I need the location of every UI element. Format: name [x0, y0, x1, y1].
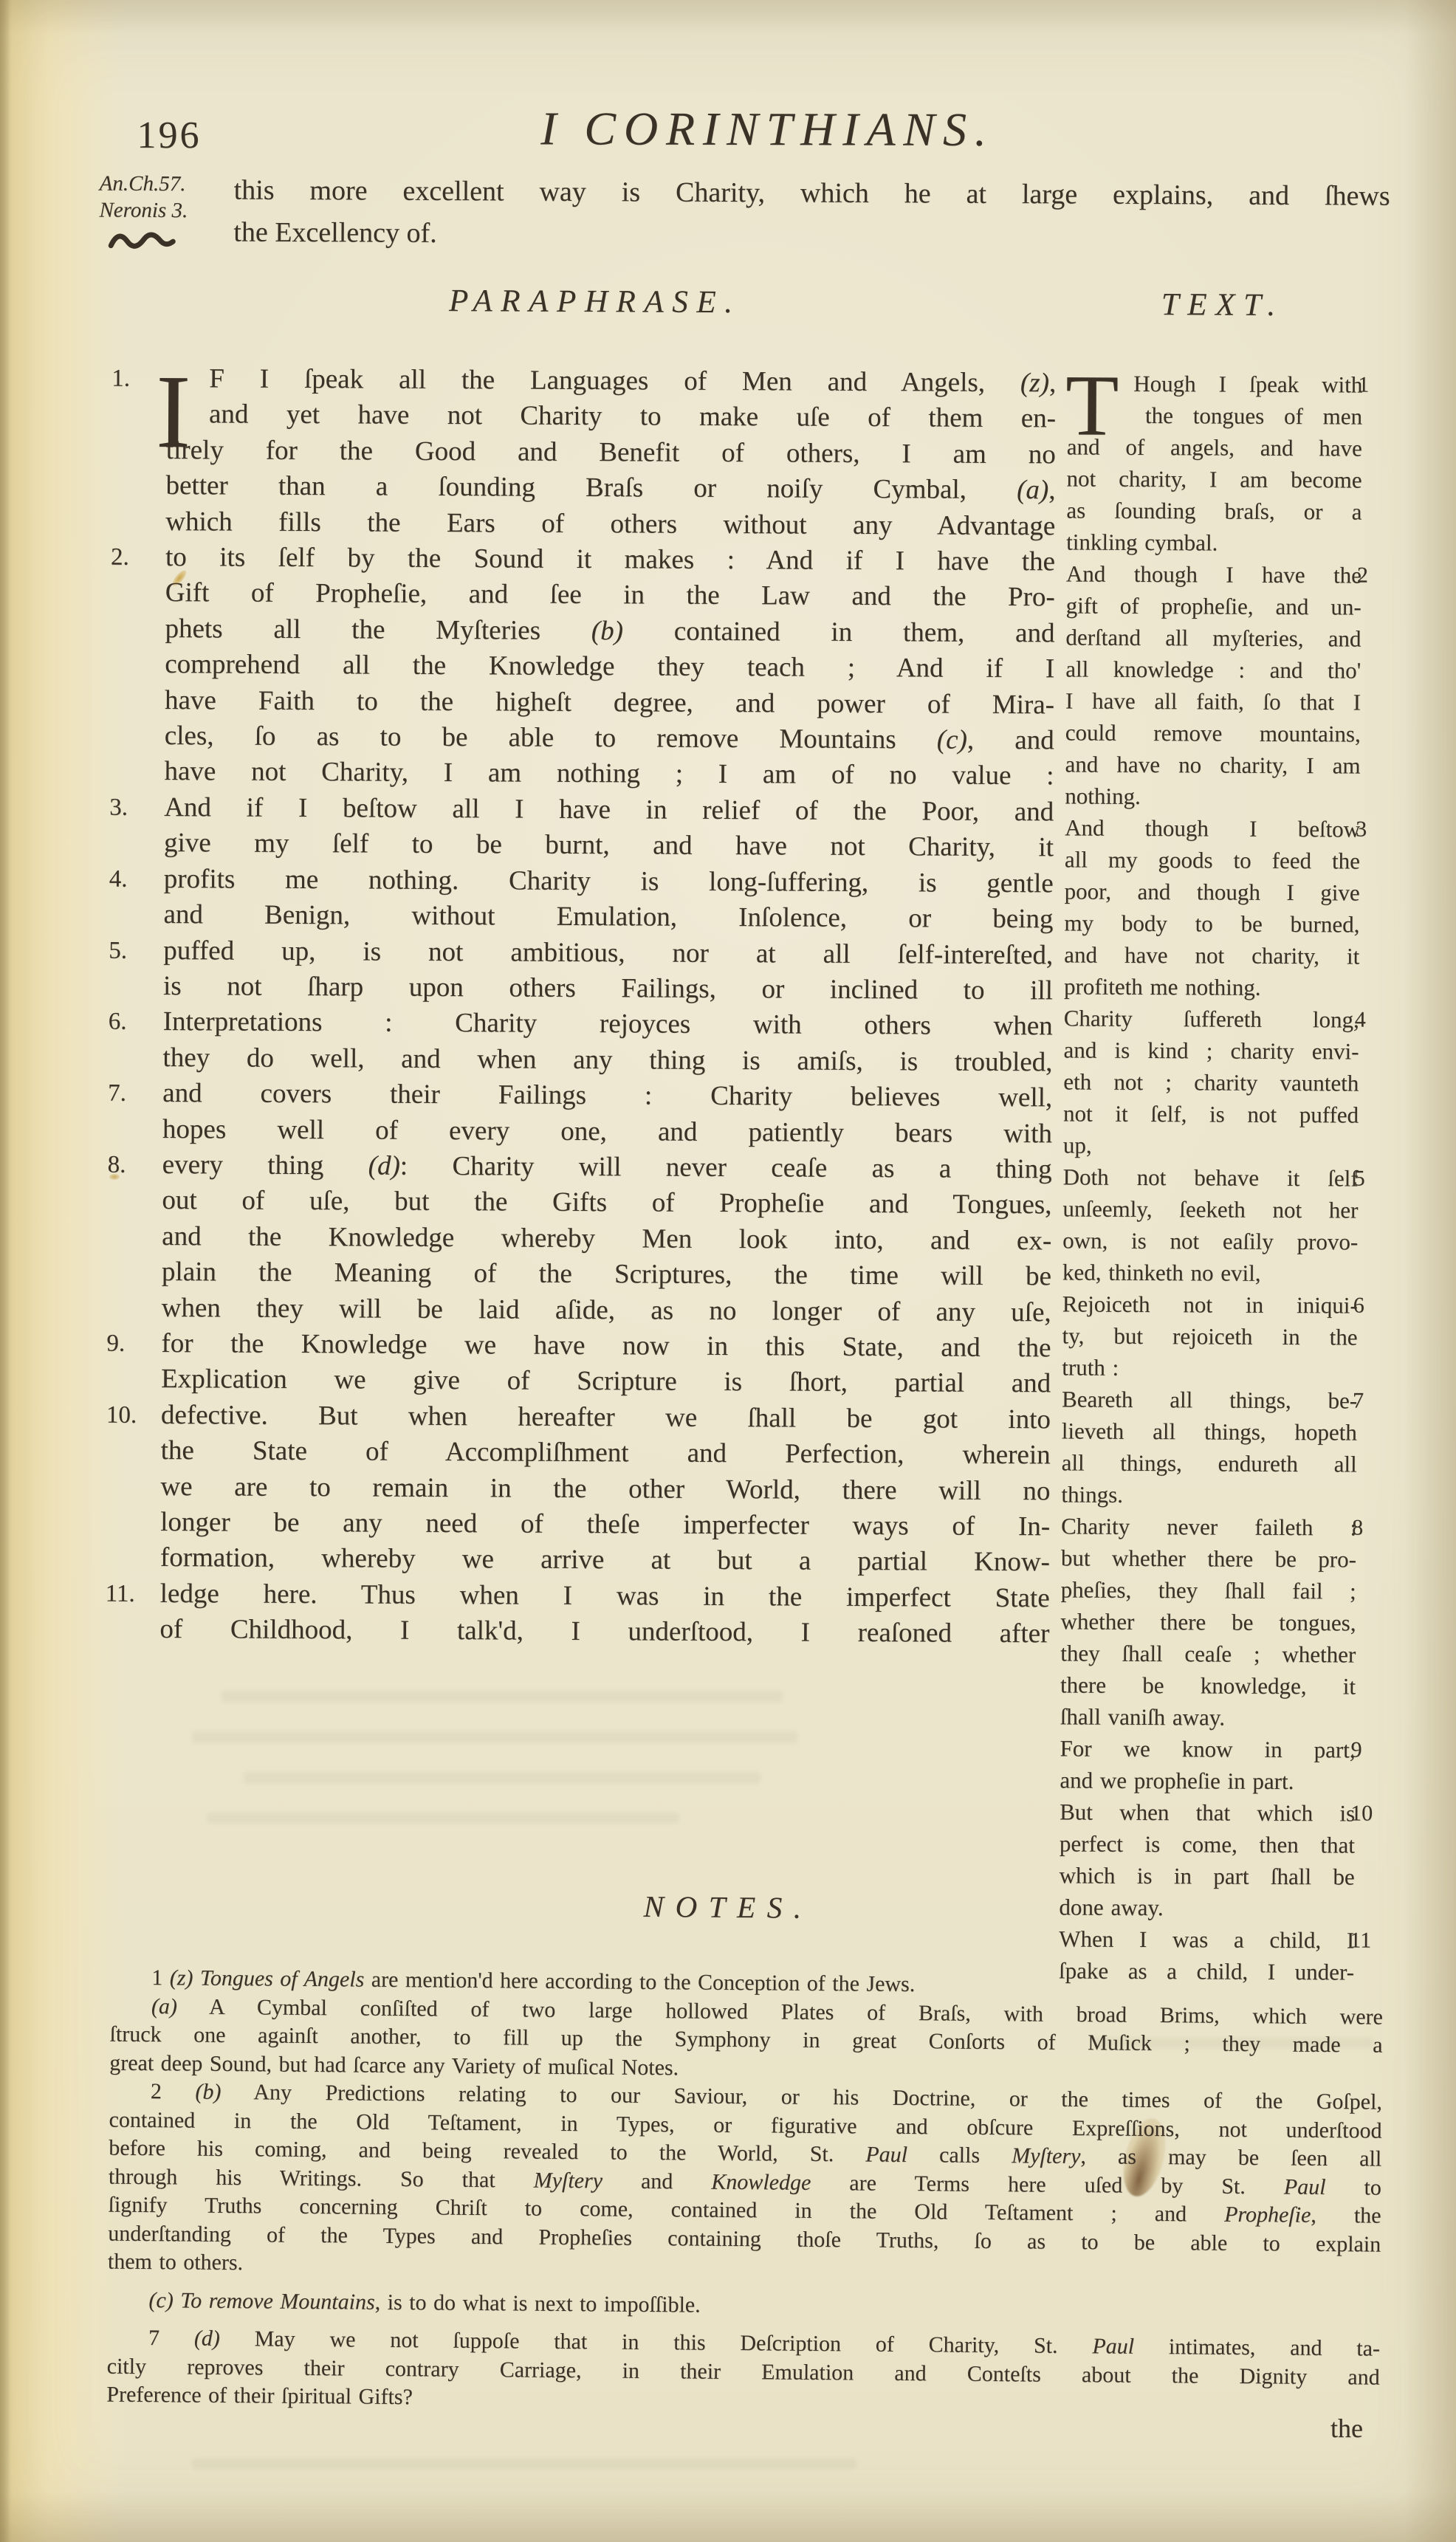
- paraphrase-line: 5.puffed up, is not ambitious, nor at al…: [163, 933, 1053, 974]
- note-line: (c) To remove Mountains, is to do what i…: [107, 2286, 1380, 2326]
- paraphrase-line-text: for the Knowledge we have now in this St…: [161, 1328, 1051, 1363]
- text-line-text: but whether there be pro-: [1061, 1545, 1356, 1572]
- text-line-text: perfect is come, then that: [1060, 1830, 1355, 1858]
- text-line-text: the tongues of men: [1145, 402, 1362, 430]
- text-line: ty, but rejoiceth in the: [1062, 1319, 1357, 1353]
- text-verse: Charity never faileth :8but whether ther…: [1060, 1510, 1357, 1734]
- text-line: not charity, I am become: [1067, 462, 1362, 495]
- paraphrase-line-text: and Benign, without Emulation, Inſolence…: [163, 899, 1053, 934]
- paraphrase-line-text: hopes well of every one, and patiently b…: [162, 1114, 1052, 1149]
- text-line: truth :: [1062, 1351, 1357, 1384]
- text-line-text: Charity never faileth :: [1061, 1513, 1356, 1540]
- text-line-text: and have no charity, I am: [1065, 751, 1360, 778]
- paraphrase-line-text: they do well, and when any thing is amiſ…: [162, 1042, 1052, 1077]
- text-line: which is in part ſhall be: [1060, 1859, 1355, 1892]
- text-verse: For we know in part,9and we propheſie in…: [1060, 1732, 1355, 1797]
- text-line-text: Hough I ſpeak with: [1133, 371, 1362, 398]
- text-line-text: pheſies, they ſhall fail ;: [1061, 1576, 1356, 1604]
- text-verse-number: 6: [1353, 1289, 1383, 1321]
- paraphrase-line-text: tirely for the Good and Benefit of other…: [166, 435, 1056, 470]
- text-line: Rejoiceth not in iniqui-6: [1062, 1288, 1358, 1321]
- paraphrase-verse-number: 7.: [108, 1076, 154, 1112]
- text-verse: Beareth all things, be-7lieveth all thin…: [1061, 1383, 1357, 1511]
- text-line: Doth not behave it ſelf5: [1063, 1161, 1359, 1194]
- paraphrase-line: 4.profits me nothing. Charity is long-ſu…: [164, 862, 1054, 902]
- text-verse-number: 10: [1350, 1797, 1380, 1829]
- paraphrase-line: give my ſelf to be burnt, and have not C…: [164, 825, 1054, 866]
- paraphrase-line: is not ſharp upon others Failings, or in…: [163, 969, 1053, 1009]
- text-line: all knowledge : and tho': [1065, 653, 1361, 686]
- paraphrase-line-text: of Childhood, I talk'd, I underſtood, I …: [159, 1614, 1049, 1649]
- chapter-argument: this more excellent way is Charity, whic…: [233, 170, 1390, 260]
- text-line-text: eth not ; charity vaunteth: [1063, 1068, 1359, 1096]
- text-line: Charity ſuffereth long,4: [1064, 1002, 1359, 1035]
- text-line-text: ty, but rejoiceth in the: [1062, 1322, 1357, 1350]
- text-line: whether there be tongues,: [1060, 1605, 1356, 1638]
- text-line-text: unſeemly, ſeeketh not her: [1062, 1195, 1358, 1223]
- paraphrase-line-text: comprehend all the Knowledge they teach …: [165, 649, 1054, 684]
- paraphrase-line: formation, whereby we arrive at but a pa…: [160, 1540, 1050, 1581]
- paraphrase-line: of Childhood, I talk'd, I underſtood, I …: [159, 1612, 1049, 1652]
- text-line-text: all knowledge : and tho': [1065, 656, 1361, 683]
- paraphrase-line-text: profits me nothing. Charity is long-ſuff…: [164, 864, 1054, 899]
- paraphrase-line: the State of Accompliſhment and Perfecti…: [161, 1433, 1051, 1474]
- text-line: For we know in part,9: [1060, 1732, 1355, 1765]
- text-line: ſhall vaniſh away.: [1060, 1700, 1356, 1734]
- text-line-text: poor, and though I give: [1065, 878, 1360, 905]
- paraphrase-verse-number: 8.: [108, 1147, 154, 1184]
- paraphrase-verse-number: 9.: [106, 1326, 152, 1362]
- paraphrase-line-text: and yet have not Charity to make uſe of …: [209, 399, 1056, 434]
- paraphrase-line-text: Interpretations : Charity rejoyces with …: [163, 1006, 1053, 1041]
- paraphrase-verse-number: 11.: [106, 1576, 151, 1612]
- paraphrase-line: 10.defective. But when hereafter we ſhal…: [161, 1398, 1051, 1438]
- text-line: derſtand all myſteries, and: [1065, 621, 1361, 654]
- text-verse-number: 3: [1356, 813, 1385, 845]
- text-line-text: they ſhall ceaſe ; whether: [1060, 1640, 1356, 1667]
- marginal-note: An.Ch.57. Neronis 3.: [99, 171, 239, 224]
- text-line-text: Rejoiceth not in iniqui-: [1062, 1291, 1358, 1318]
- paraphrase-line: 6.Interpretations : Charity rejoyces wit…: [163, 1004, 1053, 1045]
- text-line: pheſies, they ſhall fail ;: [1061, 1573, 1356, 1607]
- argument-line: the Excellency of.: [233, 212, 1390, 260]
- paraphrase-line: out of uſe, but the Gifts of Propheſie a…: [162, 1183, 1051, 1223]
- text-verse: Rejoiceth not in iniqui-6ty, but rejoice…: [1062, 1288, 1358, 1384]
- text-line: ked, thinketh no evil,: [1062, 1256, 1358, 1289]
- text-line-text: And though I have the: [1066, 560, 1361, 588]
- text-line: perfect is come, then that: [1060, 1827, 1355, 1861]
- text-line-text: which is in part ſhall be: [1060, 1862, 1355, 1889]
- text-line-text: up,: [1063, 1132, 1092, 1158]
- text-line-text: Doth not behave it ſelf: [1063, 1164, 1359, 1191]
- text-line: gift of propheſie, and un-: [1066, 589, 1361, 622]
- text-line-text: truth :: [1062, 1354, 1119, 1380]
- text-line: up,: [1063, 1129, 1359, 1162]
- paraphrase-verse-number: 10.: [106, 1397, 152, 1433]
- text-verse-number: 7: [1353, 1384, 1382, 1416]
- text-line-text: and of angels, and have: [1067, 433, 1362, 461]
- paraphrase-column: 1.F I ſpeak all the Languages of Men and…: [159, 361, 1056, 1652]
- text-line-text: When I was a child, I: [1059, 1926, 1354, 1953]
- paraphrase-verse-number: 3.: [109, 790, 155, 826]
- text-line-text: and have not charity, it: [1064, 941, 1359, 969]
- paraphrase-line: 2.to its ſelf by the Sound it makes : An…: [165, 540, 1055, 580]
- paraphrase-line-text: F I ſpeak all the Languages of Men and A…: [209, 363, 1056, 398]
- text-line-text: But when that which is: [1060, 1799, 1355, 1826]
- text-verse: Charity ſuffereth long,4and is kind ; ch…: [1063, 1002, 1359, 1162]
- paraphrase-line-text: and covers their Failings : Charity beli…: [162, 1078, 1052, 1113]
- text-line: But when that which is10: [1060, 1796, 1355, 1829]
- text-line-text: ſhall vaniſh away.: [1060, 1703, 1225, 1730]
- text-line-text: my body to be burned,: [1064, 910, 1359, 937]
- argument-line: this more excellent way is Charity, whic…: [233, 170, 1390, 218]
- paraphrase-line-text: out of uſe, but the Gifts of Propheſie a…: [162, 1185, 1051, 1220]
- paraphrase-line: 7.and covers their Failings : Charity be…: [162, 1076, 1052, 1116]
- paraphrase-line-text: which fills the Ears of others without a…: [165, 506, 1055, 541]
- text-line-text: things.: [1061, 1481, 1123, 1507]
- text-verse: Hough I ſpeak with1the tongues of menand…: [1066, 367, 1362, 559]
- text-line-text: whether there be tongues,: [1060, 1608, 1356, 1635]
- marginal-note-line: An.Ch.57.: [100, 171, 240, 198]
- text-line: my body to be burned,: [1064, 907, 1359, 940]
- paraphrase-line: Gift of Propheſie, and ſee in the Law an…: [165, 575, 1055, 616]
- paraphrase-line: they do well, and when any thing is amiſ…: [162, 1040, 1052, 1081]
- book-page: 196 I CORINTHIANS. An.Ch.57. Neronis 3. …: [0, 0, 1456, 2542]
- text-line: and have not charity, it: [1064, 938, 1359, 972]
- text-line: but whether there be pro-: [1061, 1542, 1356, 1575]
- text-verse-number: 4: [1355, 1003, 1384, 1035]
- paraphrase-line: 1.F I ſpeak all the Languages of Men and…: [166, 361, 1056, 402]
- paraphrase-line-text: formation, whereby we arrive at but a pa…: [160, 1542, 1050, 1577]
- text-line: poor, and though I give: [1065, 875, 1360, 908]
- text-heading: TEXT.: [1068, 286, 1378, 323]
- text-line: And though I beſtow3: [1065, 811, 1360, 845]
- paraphrase-verse-number: 1.: [111, 361, 157, 397]
- text-line: Charity never faileth :8: [1061, 1510, 1356, 1543]
- paraphrase-line-text: every thing (d): Charity will never ceaſ…: [162, 1150, 1052, 1184]
- paraphrase-line: have not Charity, I am nothing ; I am of…: [164, 755, 1054, 795]
- paraphrase-line-text: phets all the Myſteries (b) contained in…: [165, 614, 1054, 648]
- text-line-text: tinkling cymbal.: [1066, 529, 1218, 555]
- paraphrase-line: which fills the Ears of others without a…: [165, 504, 1055, 545]
- paraphrase-line-text: give my ſelf to be burnt, and have not C…: [164, 828, 1054, 862]
- text-line: Beareth all things, be-7: [1062, 1383, 1357, 1416]
- paraphrase-line: comprehend all the Knowledge they teach …: [165, 647, 1054, 687]
- paraphrase-line-text: is not ſharp upon others Failings, or in…: [163, 971, 1053, 1006]
- text-column: Hough I ſpeak with1the tongues of menand…: [1059, 367, 1362, 1988]
- text-line: nothing.: [1065, 780, 1360, 813]
- paraphrase-line: 3.And if I beſtow all I have in relief o…: [164, 790, 1054, 831]
- text-verse: And though I have the2gift of propheſie,…: [1065, 557, 1361, 813]
- text-line-text: lieveth all things, hopeth: [1062, 1418, 1357, 1445]
- text-line: all things, endureth all: [1062, 1446, 1357, 1480]
- paraphrase-line-text: have Faith to the higheſt degree, and po…: [165, 685, 1054, 720]
- text-line: unſeemly, ſeeketh not her: [1062, 1192, 1358, 1226]
- paraphrase-line-text: to its ſelf by the Sound it makes : And …: [165, 542, 1055, 577]
- text-line-text: not charity, I am become: [1067, 465, 1362, 492]
- text-line-text: not it ſelf, is not puffed: [1063, 1100, 1359, 1127]
- text-verse-number: 9: [1350, 1734, 1380, 1765]
- text-line: own, is not eaſily provo-: [1062, 1224, 1358, 1257]
- paraphrase-line: tirely for the Good and Benefit of other…: [166, 433, 1056, 473]
- text-line: eth not ; charity vaunteth: [1063, 1065, 1359, 1099]
- text-line-text: For we know in part,: [1060, 1735, 1356, 1762]
- paraphrase-line: cles, ſo as to be able to remove Mountai…: [165, 718, 1054, 759]
- paraphrase-line-text: defective. But when hereafter we ſhall b…: [161, 1400, 1051, 1435]
- paraphrase-line: we are to remain in the other World, the…: [160, 1469, 1050, 1510]
- paraphrase-line-text: when they will be laid aſide, as no long…: [162, 1293, 1051, 1327]
- paraphrase-line: longer be any need of theſe imperfecter …: [160, 1505, 1050, 1545]
- paraphrase-line: phets all the Myſteries (b) contained in…: [165, 611, 1054, 652]
- text-line: not it ſelf, is not puffed: [1063, 1097, 1359, 1130]
- paraphrase-line-text: puffed up, is not ambitious, nor at all …: [163, 935, 1053, 970]
- paraphrase-line: and yet have not Charity to make uſe of …: [166, 396, 1056, 437]
- text-line: and have no charity, I am: [1065, 748, 1360, 781]
- text-verse: Doth not behave it ſelf5unſeemly, ſeeket…: [1062, 1161, 1359, 1289]
- paraphrase-line-text: we are to remain in the other World, the…: [160, 1471, 1050, 1506]
- text-line: profiteth me nothing.: [1064, 970, 1359, 1003]
- text-line-text: Charity ſuffereth long,: [1064, 1005, 1359, 1032]
- paraphrase-line: and the Knowledge whereby Men look into,…: [162, 1219, 1051, 1260]
- text-line: and of angels, and have: [1067, 430, 1362, 464]
- text-verse-number: 2: [1357, 560, 1387, 591]
- text-line-text: ked, thinketh no evil,: [1062, 1259, 1261, 1285]
- paraphrase-line: 11.ledge here. Thus when I was in the im…: [160, 1576, 1050, 1617]
- paraphrase-line: hopes well of every one, and patiently b…: [162, 1112, 1052, 1153]
- text-verse-number: 8: [1352, 1511, 1381, 1543]
- text-line-text: and we propheſie in part.: [1060, 1767, 1294, 1794]
- text-line: And though I have the2: [1066, 557, 1361, 591]
- text-line-text: all my goods to feed the: [1065, 846, 1360, 873]
- text-line-text: nothing.: [1065, 783, 1141, 809]
- paraphrase-line-text: And if I beſtow all I have in relief of …: [164, 792, 1054, 827]
- paraphrase-line: better than a ſounding Braſs or noiſy Cy…: [165, 468, 1055, 509]
- paraphrase-verse-number: 2.: [111, 540, 157, 576]
- text-line: there be knowledge, it: [1060, 1669, 1356, 1702]
- text-line-text: And though I beſtow: [1065, 814, 1360, 842]
- notes-body: 1 (z) Tongues of Angels are mention'd he…: [106, 1964, 1383, 2421]
- text-verse: And though I beſtow3all my goods to feed…: [1064, 811, 1360, 1003]
- paraphrase-line: and Benign, without Emulation, Inſolence…: [163, 897, 1053, 938]
- paraphrase-line: 9.for the Knowledge we have now in this …: [161, 1326, 1051, 1367]
- paraphrase-line-text: and the Knowledge whereby Men look into,…: [162, 1221, 1051, 1256]
- text-line: they ſhall ceaſe ; whether: [1060, 1637, 1356, 1670]
- text-line-text: I have all faith, ſo that I: [1065, 687, 1361, 715]
- text-line-text: profiteth me nothing.: [1064, 973, 1261, 1000]
- paraphrase-verse-number: 4.: [109, 861, 155, 897]
- paraphrase-line-text: better than a ſounding Braſs or noiſy Cy…: [165, 470, 1055, 505]
- text-line: Hough I ſpeak with1: [1067, 367, 1362, 400]
- paraphrase-line: have Faith to the higheſt degree, and po…: [165, 683, 1054, 724]
- text-line: I have all faith, ſo that I: [1065, 684, 1361, 718]
- text-line: could remove mountains,: [1065, 716, 1361, 749]
- text-line-text: own, is not eaſily provo-: [1062, 1227, 1358, 1254]
- text-verse-number: 5: [1354, 1162, 1384, 1194]
- text-line: as ſounding braſs, or a: [1066, 494, 1361, 527]
- flourish-squiggle: [106, 224, 177, 260]
- paraphrase-line: Explication we give of Scripture is ſhor…: [161, 1361, 1051, 1402]
- text-line: and is kind ; charity envi-: [1063, 1034, 1359, 1067]
- paraphrase-heading: PARAPHRASE.: [167, 281, 1023, 322]
- text-line-text: gift of propheſie, and un-: [1066, 592, 1361, 619]
- paraphrase-line-text: plain the Meaning of the Scriptures, the…: [162, 1257, 1051, 1291]
- paraphrase-line-text: have not Charity, I am nothing ; I am of…: [164, 757, 1054, 791]
- paraphrase-line-text: the State of Accompliſhment and Perfecti…: [161, 1435, 1051, 1470]
- text-line: all my goods to feed the: [1065, 843, 1360, 876]
- catchword: the: [1330, 2413, 1363, 2444]
- text-line: and we propheſie in part.: [1060, 1764, 1355, 1797]
- paraphrase-line-text: cles, ſo as to be able to remove Mountai…: [165, 721, 1054, 755]
- paraphrase-line-text: Gift of Propheſie, and ſee in the Law an…: [165, 577, 1055, 612]
- text-line: tinkling cymbal.: [1066, 526, 1361, 559]
- paraphrase-line: plain the Meaning of the Scriptures, the…: [162, 1254, 1051, 1295]
- paraphrase-line: 8.every thing (d): Charity will never ce…: [162, 1147, 1052, 1188]
- paraphrase-line: when they will be laid aſide, as no long…: [162, 1291, 1051, 1331]
- text-line-text: as ſounding braſs, or a: [1066, 497, 1361, 524]
- paraphrase-line-text: longer be any need of theſe imperfecter …: [160, 1507, 1050, 1542]
- paraphrase-verse-number: 5.: [109, 932, 154, 969]
- text-line: things.: [1061, 1478, 1356, 1511]
- text-line-text: Beareth all things, be-: [1062, 1386, 1357, 1413]
- text-line-text: there be knowledge, it: [1060, 1672, 1356, 1699]
- text-line: lieveth all things, hopeth: [1062, 1415, 1357, 1448]
- text-verse-number: 1: [1358, 369, 1387, 401]
- text-line-text: could remove mountains,: [1065, 719, 1361, 746]
- text-line-text: all things, endureth all: [1062, 1449, 1357, 1477]
- text-line: the tongues of men: [1067, 399, 1362, 432]
- text-line-text: and is kind ; charity envi-: [1063, 1037, 1359, 1064]
- paraphrase-line-text: ledge here. Thus when I was in the imper…: [160, 1579, 1050, 1613]
- paraphrase-verse-number: 6.: [109, 1004, 154, 1040]
- paraphrase-line-text: Explication we give of Scripture is ſhor…: [161, 1364, 1051, 1398]
- marginal-note-line: Neronis 3.: [99, 197, 239, 224]
- text-line-text: derſtand all myſteries, and: [1065, 624, 1361, 651]
